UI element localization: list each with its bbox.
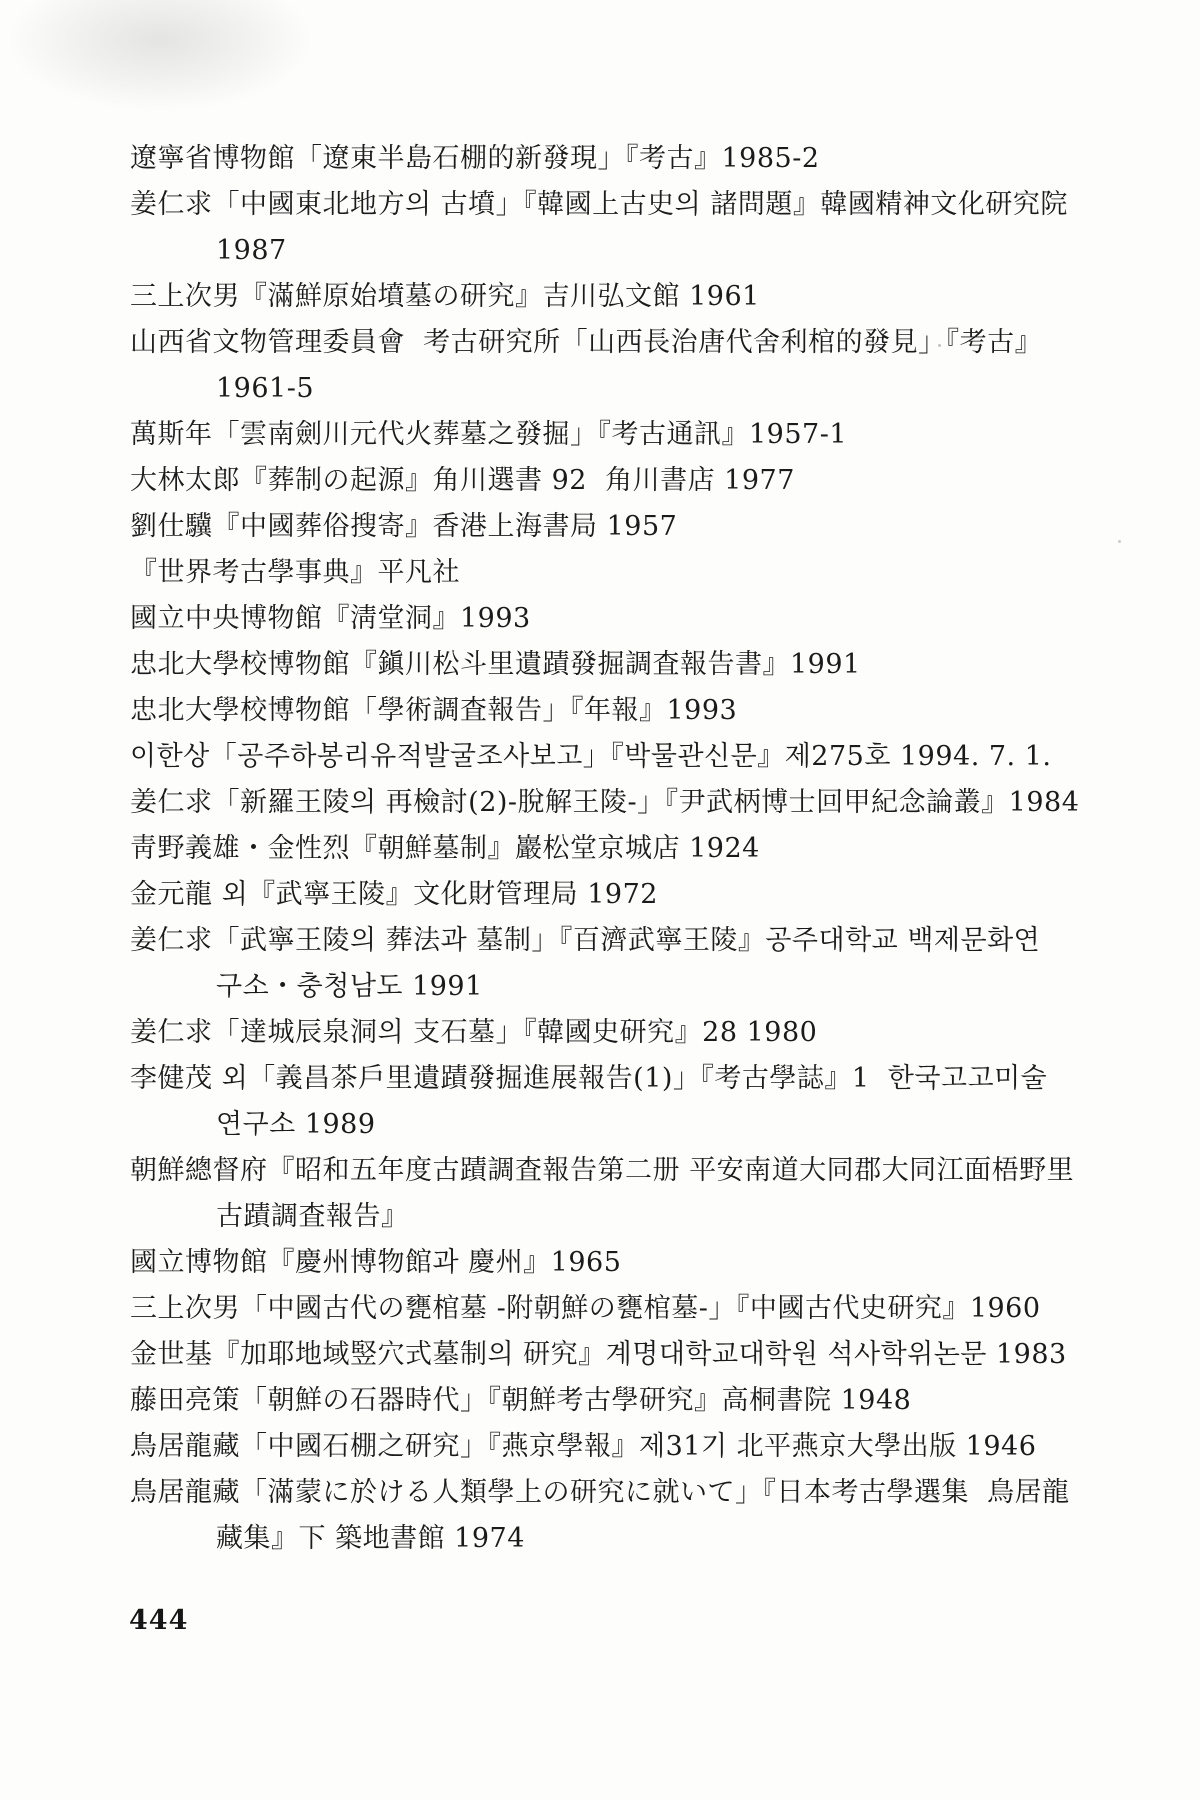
bibliography-line: 鳥居龍藏「中國石棚之研究」『燕京學報』제31기 北平燕京大學出版 1946 xyxy=(130,1424,1140,1470)
bibliography-line: 『世界考古學事典』平凡社 xyxy=(130,550,1140,596)
bibliography-line: 朝鮮總督府『昭和五年度古蹟調査報告第二册 平安南道大同郡大同江面梧野里 xyxy=(130,1148,1140,1194)
bibliography-line: 姜仁求「新羅王陵의 再檢討(2)-脫解王陵-」『尹武柄博士回甲紀念論叢』1984 xyxy=(130,780,1140,826)
bibliography-line: 國立博物館『慶州博物館과 慶州』1965 xyxy=(130,1240,1140,1286)
bibliography-line: 구소・충청남도 1991 xyxy=(130,964,1140,1010)
bibliography-line: 國立中央博物館『淸堂洞』1993 xyxy=(130,596,1140,642)
scan-artifact-smudge xyxy=(10,0,310,110)
bibliography-line: 1987 xyxy=(130,228,1140,274)
page-number: 444 xyxy=(129,1605,188,1636)
bibliography-line: 三上次男『滿鮮原始墳墓の研究』吉川弘文館 1961 xyxy=(130,274,1140,320)
bibliography-line: 李健茂 외「義昌茶戶里遺蹟發掘進展報告(1)」『考古學誌』1 한국고고미술 xyxy=(130,1056,1140,1102)
bibliography-line: 劉仕驥『中國葬俗搜寄』香港上海書局 1957 xyxy=(130,504,1140,550)
bibliography-line: 姜仁求「中國東北地方의 古墳」『韓國上古史의 諸問題』韓國精神文化研究院 xyxy=(130,182,1140,228)
bibliography-line: 연구소 1989 xyxy=(130,1102,1140,1148)
bibliography-line: 金元龍 외『武寧王陵』文化財管理局 1972 xyxy=(130,872,1140,918)
bibliography-line: 三上次男「中國古代の甕棺墓 -附朝鮮の甕棺墓-」『中國古代史研究』1960 xyxy=(130,1286,1140,1332)
bibliography-line: 藤田亮策「朝鮮の石器時代」『朝鮮考古學研究』高桐書院 1948 xyxy=(130,1378,1140,1424)
bibliography-line: 古蹟調査報告』 xyxy=(130,1194,1140,1240)
bibliography-line: 遼寧省博物館「遼東半島石棚的新發現」『考古』1985-2 xyxy=(130,136,1140,182)
bibliography-line: 1961-5 xyxy=(130,366,1140,412)
bibliography-line: 山西省文物管理委員會 考古研究所「山西長治唐代舍利棺的發見」『考古』 xyxy=(130,320,1140,366)
bibliography-line: 藏集』下 築地書館 1974 xyxy=(130,1516,1140,1562)
bibliography-line: 金世基『加耶地域竪穴式墓制의 研究』계명대학교대학원 석사학위논문 1983 xyxy=(130,1332,1140,1378)
bibliography-line: 忠北大學校博物館『鎭川松斗里遺蹟發掘調査報告書』1991 xyxy=(130,642,1140,688)
bibliography-line: 萬斯年「雲南劍川元代火葬墓之發掘」『考古通訊』1957-1 xyxy=(130,412,1140,458)
bibliography-list: 遼寧省博物館「遼東半島石棚的新發現」『考古』1985-2姜仁求「中國東北地方의 … xyxy=(130,136,1140,1562)
bibliography-line: 鳥居龍藏「滿蒙に於ける人類學上の研究に就いて」『日本考古學選集 鳥居龍 xyxy=(130,1470,1140,1516)
bibliography-line: 姜仁求「武寧王陵의 葬法과 墓制」『百濟武寧王陵』공주대학교 백제문화연 xyxy=(130,918,1140,964)
bibliography-line: 忠北大學校博物館「學術調査報告」『年報』1993 xyxy=(130,688,1140,734)
bibliography-line: 大林太郞『葬制の起源』角川選書 92 角川書店 1977 xyxy=(130,458,1140,504)
bibliography-line: 姜仁求「達城辰泉洞의 支石墓」『韓國史研究』28 1980 xyxy=(130,1010,1140,1056)
document-page: 遼寧省博物館「遼東半島石棚的新發現」『考古』1985-2姜仁求「中國東北地方의 … xyxy=(0,0,1200,1800)
bibliography-line: 이한상「공주하봉리유적발굴조사보고」『박물관신문』제275호 1994. 7. … xyxy=(130,734,1140,780)
bibliography-line: 靑野義雄・金性烈『朝鮮墓制』巖松堂京城店 1924 xyxy=(130,826,1140,872)
